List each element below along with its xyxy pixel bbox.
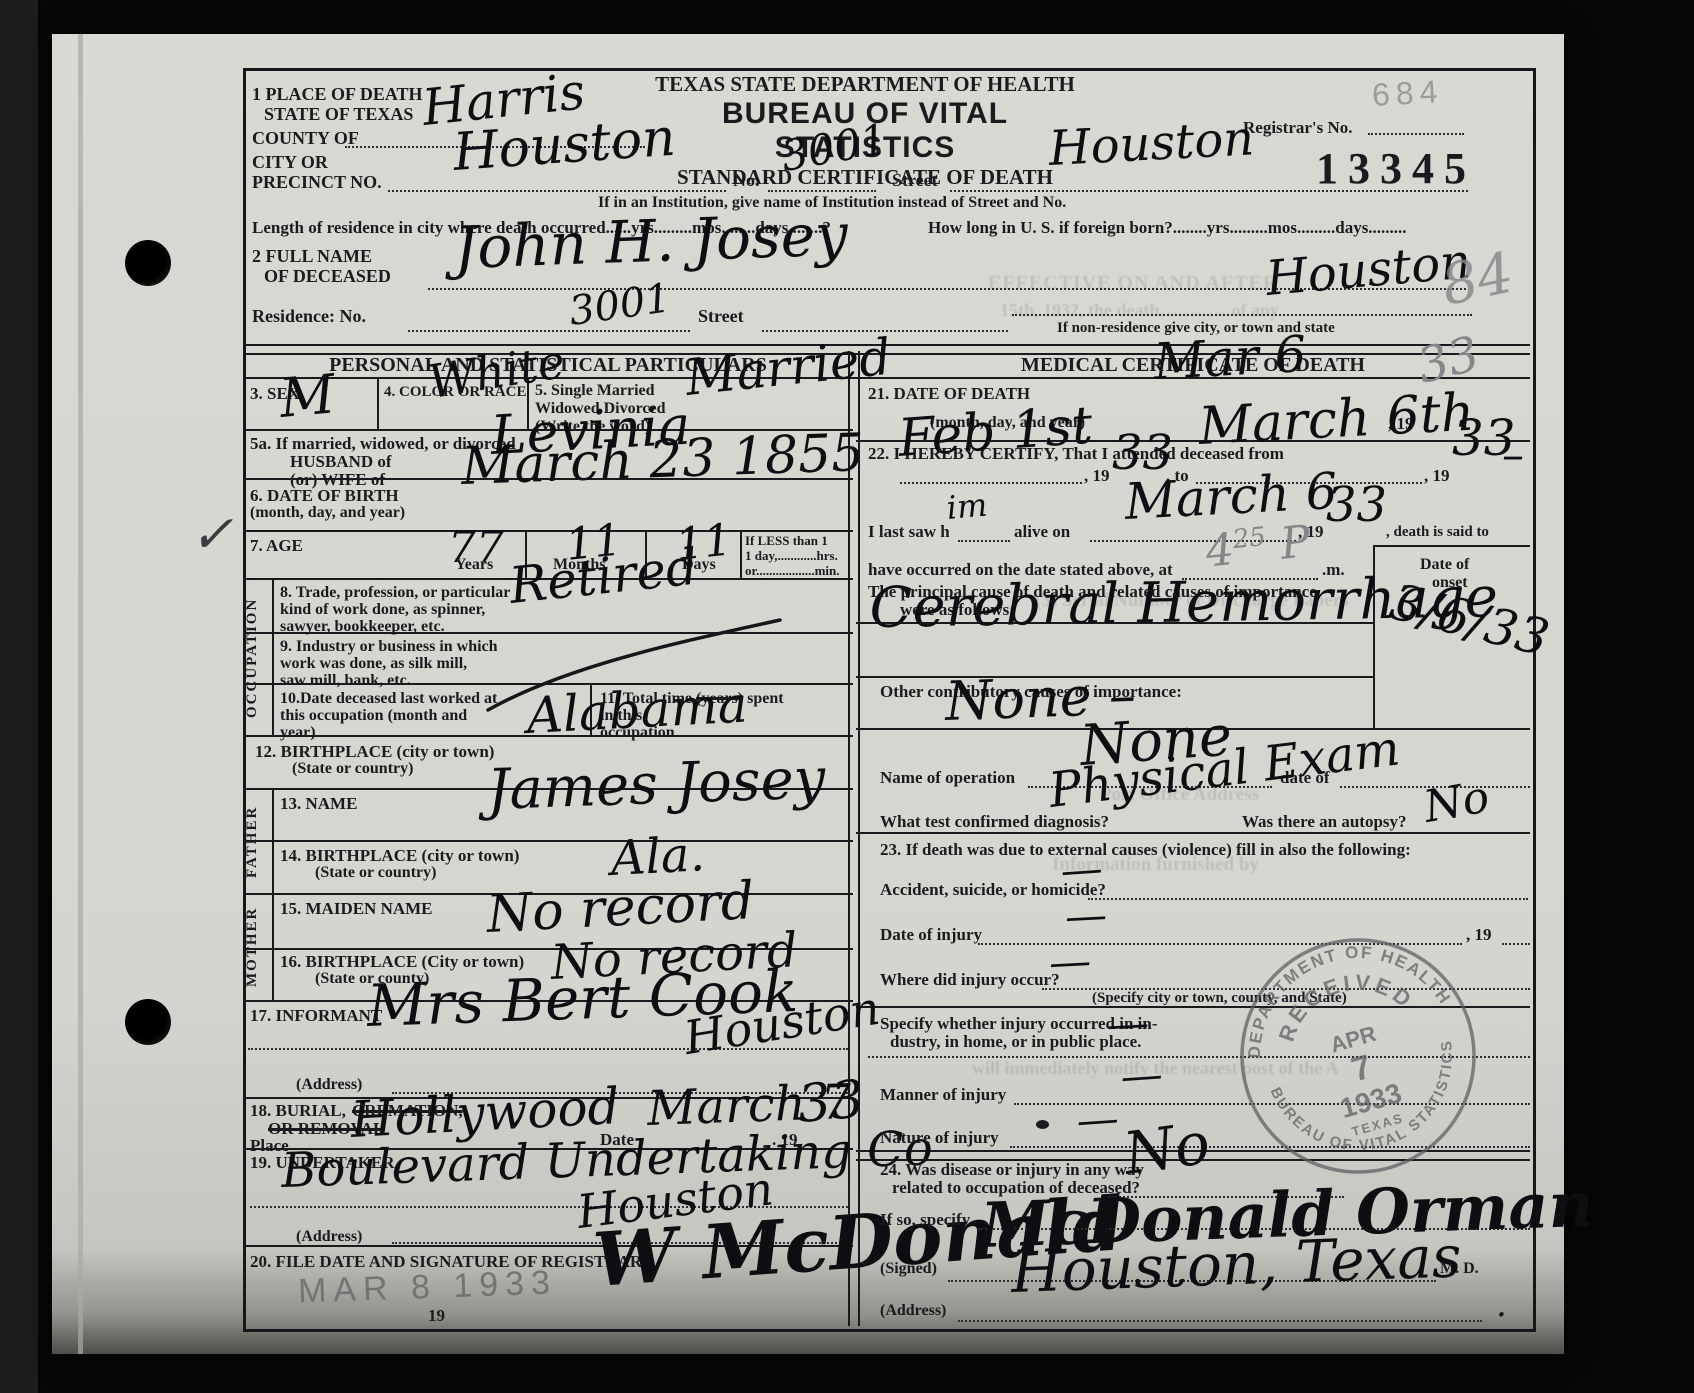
occupation-strip-divider	[272, 578, 274, 735]
maiden-name-label: 15. MAIDEN NAME	[280, 899, 433, 918]
related-to-occupation-value: No	[1121, 1117, 1213, 1181]
date-of-death-value: Mar 6	[1153, 332, 1308, 385]
where-injury-label: Where did injury occur?	[880, 970, 1060, 989]
signed-label: (Signed)	[880, 1260, 937, 1278]
registrar-blank-line	[1368, 133, 1464, 135]
to-year-prefix: , 19	[1424, 466, 1450, 485]
residence-street-label: Street	[698, 306, 744, 326]
date-of-injury-year-blank	[1502, 943, 1530, 945]
last-saw-year-value: 33	[1326, 484, 1387, 527]
less-line1: If LESS than 1	[745, 533, 828, 548]
external-causes-label: 23. If death was due to external causes …	[880, 840, 1411, 859]
bleedthrough-text: 15th, 1932, the death…………of any	[1000, 300, 1279, 320]
date-of-birth-label: 6. DATE OF BIRTH	[250, 486, 399, 505]
rule	[243, 840, 853, 842]
informant-label: 17. INFORMANT	[250, 1006, 382, 1025]
trade-label-line1: 8. Trade, profession, or particular	[280, 584, 510, 601]
father-side-label: FATHER	[244, 798, 261, 886]
date-of-birth-value: March 23 1855	[460, 430, 865, 491]
burial-label: 18. BURIAL,	[250, 1101, 346, 1120]
trailing-dash: –	[1502, 436, 1524, 476]
house-no-label: No.	[733, 170, 760, 190]
from-year-value: 33	[1112, 432, 1173, 475]
age-label: 7. AGE	[250, 536, 303, 555]
injury-location-label-2: dustry, in home, or in public place.	[890, 1032, 1141, 1051]
if-so-specify-label: If so, specify	[880, 1210, 970, 1229]
pencil-mark-84: 84	[1438, 248, 1518, 312]
total-time-part3: spent	[743, 690, 783, 707]
scanner-background	[0, 0, 38, 1393]
if-less-than-one-day-label: If LESS than 1 1 day,............hrs. or…	[745, 533, 840, 578]
industry-label-line1: 9. Industry or business in which	[280, 638, 498, 655]
certificate-number: 13345	[1316, 144, 1476, 193]
from-year-prefix: , 19	[1084, 466, 1110, 485]
cell-divider	[377, 377, 379, 429]
time-pm: P	[1278, 516, 1313, 570]
bleedthrough-text: EFFECTIVE ON AND AFTER	[988, 272, 1278, 294]
address-period: .	[1496, 1290, 1507, 1321]
time-minutes: 25	[1231, 522, 1267, 555]
industry-label-line3: saw mill, bank, etc.	[280, 672, 411, 689]
paper-fold-edge	[78, 34, 83, 1354]
father-strip-divider	[272, 788, 274, 893]
last-saw-label-1: I last saw h	[868, 522, 950, 541]
date-of-death-year-value: 33	[1414, 333, 1484, 390]
undertaker-address-label: (Address)	[296, 1228, 362, 1246]
last-worked-label: 10.Date deceased last worked at this occ…	[280, 690, 497, 741]
department-title: TEXAS STATE DEPARTMENT OF HEALTH	[645, 72, 1085, 97]
physician-address-blank	[958, 1320, 1482, 1322]
punch-hole-bottom	[125, 999, 171, 1045]
city-blank-line	[388, 190, 726, 192]
attended-from-value: Feb 1st	[897, 403, 1094, 463]
nature-of-injury-label: Nature of injury	[880, 1128, 999, 1147]
trade-label-line3: sawyer, bookkeeper, etc.	[280, 618, 445, 635]
ink-blot	[1036, 1120, 1049, 1129]
accident-blank	[1088, 898, 1528, 900]
city-value: Houston	[452, 115, 677, 177]
year-19-print: 19	[428, 1306, 445, 1325]
last-worked-line1: 10.Date deceased last worked at	[280, 690, 497, 707]
house-no-blank-line	[768, 190, 876, 192]
nonresidence-blank	[1012, 314, 1472, 316]
where-injury-dash: —	[1048, 942, 1092, 982]
full-name-value: John H. Josey	[453, 208, 848, 274]
related-to-occupation-label-1: 24. Was disease or injury in any way	[880, 1160, 1144, 1179]
registrars-no-label: Registrar's No.	[1243, 118, 1353, 137]
date-of-injury-label: Date of injury	[880, 925, 982, 944]
time-of-death-value: 425 P	[1204, 521, 1312, 572]
residence-no-label: Residence: No.	[252, 306, 366, 326]
date-of-birth-sublabel: (month, day, and year)	[250, 504, 405, 522]
birthplace-value: Alabama	[526, 682, 749, 739]
registrar-stamp-number: 684	[1371, 74, 1444, 114]
father-birthplace-sublabel: (State or country)	[315, 864, 436, 882]
last-saw-label-2: alive on	[1014, 522, 1070, 541]
trade-label-line2: kind of work done, as spinner,	[280, 601, 485, 618]
street-value: Houston	[1048, 117, 1255, 171]
foreign-born-label: How long in U. S. if foreign born?......…	[928, 218, 1407, 237]
column-divider	[848, 351, 860, 1326]
date-of-injury-year: , 19	[1466, 925, 1492, 944]
physician-address-label: (Address)	[880, 1302, 946, 1320]
physician-address-value: Houston, Texas	[1010, 1230, 1462, 1298]
injury-location-dash: —	[1106, 1004, 1150, 1044]
father-name-label: 13. NAME	[280, 794, 357, 813]
accident-dash: —	[1059, 849, 1104, 890]
scanned-death-certificate: EFFECTIVE ON AND AFTER 15th, 1932, the d…	[0, 0, 1694, 1393]
cell-divider	[740, 530, 742, 578]
autopsy-value: No	[1421, 777, 1492, 827]
death-said-to-label: , death is said to	[1386, 524, 1489, 541]
husband-of-label: HUSBAND of	[290, 452, 392, 471]
certificate-title: STANDARD CERTIFICATE OF DEATH	[645, 165, 1085, 190]
residence-no-blank	[408, 330, 690, 332]
manner-dash: —	[1119, 1055, 1164, 1096]
city-or-label: CITY OR	[252, 152, 328, 172]
father-birthplace-label: 14. BIRTHPLACE (city or town)	[280, 846, 519, 865]
operation-label: Name of operation	[880, 768, 1015, 787]
rule	[243, 530, 853, 532]
last-worked-line3: year)	[280, 724, 316, 741]
full-name-label-1: 2 FULL NAME	[252, 246, 372, 266]
field1-place-of-death-label: 1 PLACE OF DEATH	[252, 84, 423, 104]
last-saw-him-insert: im	[945, 491, 988, 523]
attended-to-value: March 6th	[1198, 390, 1476, 451]
date-of-injury-dash: —	[1064, 896, 1108, 936]
residence-no-value: 3001	[567, 280, 673, 330]
last-worked-line2: this occupation (month and	[280, 707, 467, 724]
date-of-death-label: 21. DATE OF DEATH	[868, 384, 1030, 403]
onset-box-top	[1373, 545, 1530, 547]
date-of-onset-label-1: Date of	[1420, 556, 1469, 574]
street-label: Street	[892, 170, 938, 190]
industry-label: 9. Industry or business in which work wa…	[280, 638, 498, 689]
state-of-texas-label: STATE OF TEXAS	[264, 104, 413, 124]
less-line3: or..................min.	[745, 563, 840, 578]
full-name-label-2: OF DECEASED	[264, 266, 391, 286]
burial-year-value: 33	[796, 1076, 866, 1128]
industry-label-line2: work was done, as silk mill,	[280, 655, 467, 672]
margin-checkmark: ✓	[190, 512, 234, 559]
mother-strip-divider	[272, 893, 274, 1000]
less-line2: 1 day,............hrs.	[745, 548, 838, 563]
county-of-label: COUNTY OF	[252, 128, 359, 148]
birthplace-sublabel: (State or country)	[292, 760, 413, 778]
sex-value: M	[278, 370, 337, 423]
trade-label: 8. Trade, profession, or particular kind…	[280, 584, 510, 635]
age-years-label: Years	[455, 556, 493, 574]
mother-side-label: MOTHER	[244, 902, 261, 992]
father-name-value: James Josey	[486, 754, 826, 816]
manner-of-injury-label: Manner of injury	[880, 1085, 1006, 1104]
from-blank-line	[900, 482, 1082, 484]
nature-dash: —	[1075, 1099, 1120, 1140]
punch-hole-top	[125, 240, 171, 286]
last-saw-blank	[958, 540, 1010, 542]
birthplace-label: 12. BIRTHPLACE (city or town)	[255, 742, 494, 761]
occupation-side-label: OCCUPATION	[244, 588, 261, 728]
autopsy-label: Was there an autopsy?	[1242, 812, 1407, 831]
precinct-no-label: PRECINCT NO.	[252, 172, 382, 192]
